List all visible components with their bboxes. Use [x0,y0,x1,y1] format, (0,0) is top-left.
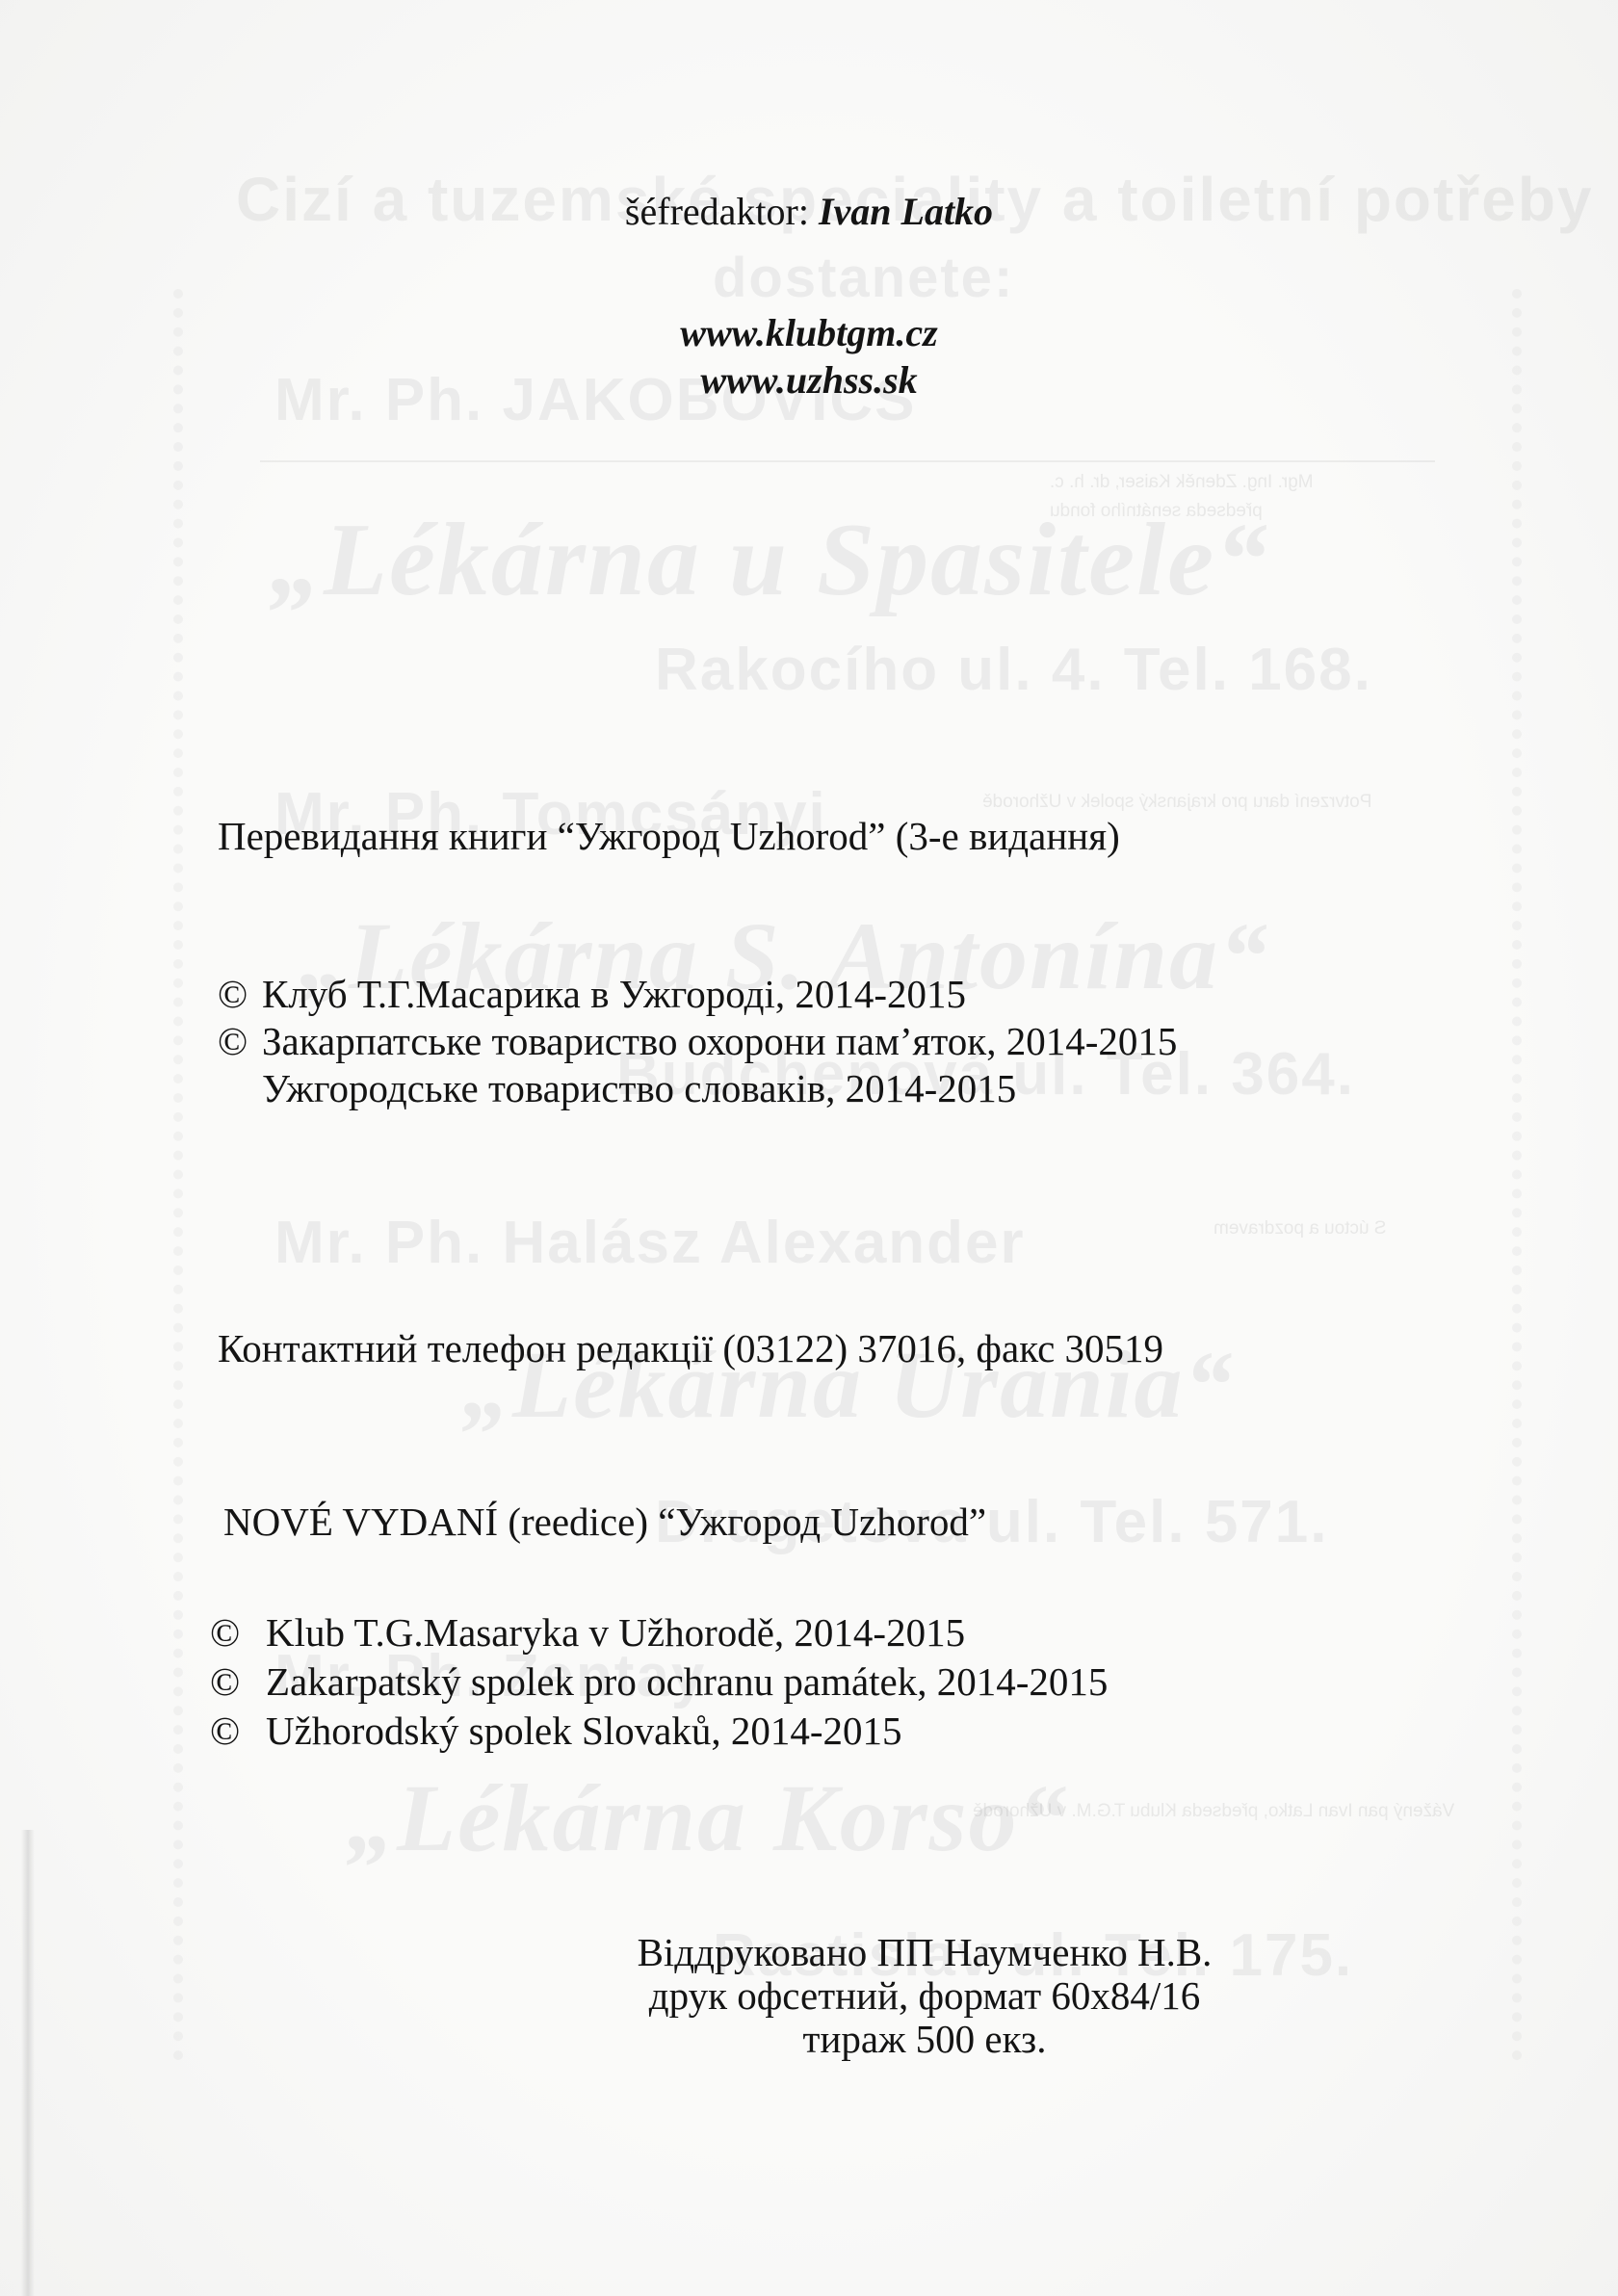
show-through-letter-text: Mgr. Ing. Zdeněk Kaiser, dr. h. c. [1050,472,1314,493]
show-through-text: dostanete: [713,246,1014,310]
ukrainian-copyright-line: Ужгородське товариство словаків, 2014-20… [218,1069,1016,1109]
slovak-copyright-line: ©Klub T.G.Masaryka v Užhorodě, 2014-2015 [210,1613,965,1653]
editor-name: Ivan Latko [819,190,993,233]
slovak-copyright-line: ©Zakarpatský spolek pro ochranu památek,… [210,1662,1108,1702]
copyright-icon: © [218,1022,262,1061]
copyright-icon: © [210,1711,266,1751]
show-through-text: Mr. Ph. Halász Alexander [274,1209,1026,1277]
copyright-icon: © [218,975,262,1014]
ukrainian-edition-title: Перевидання книги “Ужгород Uzhorod” (3-е… [218,817,1120,856]
editor-line: šéfredaktor: Ivan Latko [0,193,1618,231]
show-through-letter-text: S úctou a pozdravem [1213,1218,1387,1239]
show-through-rule [260,460,1435,462]
editor-label: šéfredaktor: [625,190,809,233]
show-through-text: Rakocího ul. 4. Tel. 168. [655,636,1372,704]
copyright-icon: © [210,1662,266,1702]
show-through-letter-text: Potvrzení daru pro krajanský spolek v Už… [982,792,1371,813]
website-link-uzhss[interactable]: www.uzhss.sk [0,361,1618,400]
copyright-holder: Клуб Т.Г.Масарика в Ужгороді, 2014-2015 [262,972,966,1016]
slovak-edition-title: NOVÉ VYDANÍ (reedice) “Ужгород Uzhorod” [223,1502,986,1542]
copyright-holder: Закарпатське товариство охорони пам’яток… [262,1019,1177,1063]
copyright-holder: Zakarpatský spolek pro ochranu památek, … [266,1659,1108,1704]
copyright-holder: Užhorodský spolek Slovaků, 2014-2015 [266,1709,902,1753]
contact-phone: Контактний телефон редакції (03122) 3701… [218,1329,1163,1369]
scanned-page: Cizí a tuzemské speciality a toiletní po… [0,0,1618,2296]
ukrainian-copyright-line: ©Клуб Т.Г.Масарика в Ужгороді, 2014-2015 [218,975,966,1014]
copyright-holder: Klub T.G.Masaryka v Užhorodě, 2014-2015 [266,1610,965,1655]
imprint-printer: Віддруковано ПП Наумченко Н.В. [539,1933,1310,1972]
ukrainian-copyright-line: ©Закарпатське товариство охорони пам’ято… [218,1022,1177,1061]
slovak-copyright-line: ©Užhorodský spolek Slovaků, 2014-2015 [210,1711,902,1751]
copyright-icon: © [210,1613,266,1653]
website-link-klubtgm[interactable]: www.klubtgm.cz [0,314,1618,352]
imprint-format: друк офсетний, формат 60x84/16 [539,1976,1310,2016]
copyright-holder: Ужгородське товариство словаків, 2014-20… [262,1066,1016,1110]
show-through-letter-text: předseda senátního fondu [1050,501,1263,522]
show-through-letter-text: Vážený pan Ivan Latko, předseda Klubu T.… [973,1801,1454,1822]
show-through-text: „Lékárna Korso“ [347,1762,1069,1873]
imprint-print-run: тираж 500 екз. [539,2020,1310,2059]
scan-edge-shadow [21,1830,35,2296]
